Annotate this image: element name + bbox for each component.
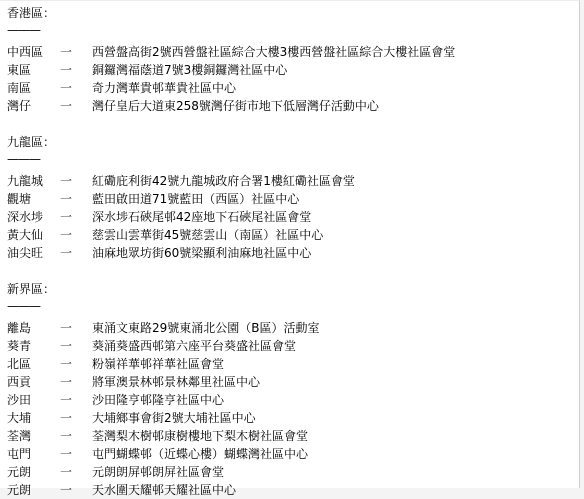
separator: 一 [60, 43, 92, 61]
list-item: 九龍城一紅磡庇利街42號九龍城政府合署1樓紅磡社區會堂 [7, 172, 579, 190]
district-name: 沙田 [7, 391, 60, 409]
venue-address: 葵涌葵盛西邨第六座平台葵盛社區會堂 [92, 337, 579, 355]
separator: 一 [60, 172, 92, 190]
separator: 一 [60, 226, 92, 244]
list-item: 觀塘一藍田啟田道71號藍田（西區）社區中心 [7, 190, 579, 208]
venue-address: 大埔鄉事會街2號大埔社區中心 [92, 409, 579, 427]
separator: 一 [60, 445, 92, 463]
venue-address: 粉嶺祥華邨祥華社區會堂 [92, 355, 579, 373]
list-item: 北區一粉嶺祥華邨祥華社區會堂 [7, 355, 579, 373]
venue-address: 將軍澳景林邨景林鄰里社區中心 [92, 373, 579, 391]
separator: 一 [60, 79, 92, 97]
list-item: 油尖旺一油麻地眾坊街60號梁顯利油麻地社區中心 [7, 244, 579, 262]
district-name: 九龍城 [7, 172, 60, 190]
list-item: 東區一銅鑼灣福蔭道7號3樓銅鑼灣社區中心 [7, 61, 579, 79]
district-name: 元朗 [7, 463, 60, 481]
district-name: 中西區 [7, 43, 60, 61]
venue-address: 銅鑼灣福蔭道7號3樓銅鑼灣社區中心 [92, 61, 579, 79]
section-kowloon: 九龍區： ——— 九龍城一紅磡庇利街42號九龍城政府合署1樓紅磡社區會堂 觀塘一… [7, 133, 579, 262]
list-item: 沙田一沙田隆亨邨隆亨社區中心 [7, 391, 579, 409]
section-heading: 香港區： [7, 4, 579, 22]
list-item: 中西區一西營盤高街2號西營盤社區綜合大樓3樓西營盤社區綜合大樓社區會堂 [7, 43, 579, 61]
list-item: 元朗一天水圍天耀邨天耀社區中心 [7, 481, 579, 495]
separator: 一 [60, 409, 92, 427]
district-name: 油尖旺 [7, 244, 60, 262]
separator: 一 [60, 190, 92, 208]
separator: 一 [60, 319, 92, 337]
district-name: 屯門 [7, 445, 60, 463]
separator: 一 [60, 373, 92, 391]
district-name: 深水埗 [7, 208, 60, 226]
venue-address: 紅磡庇利街42號九龍城政府合署1樓紅磡社區會堂 [92, 172, 579, 190]
venue-address: 藍田啟田道71號藍田（西區）社區中心 [92, 190, 579, 208]
venue-address: 奇力灣華貴邨華貴社區中心 [92, 79, 579, 97]
district-name: 北區 [7, 355, 60, 373]
district-name: 荃灣 [7, 427, 60, 445]
district-name: 南區 [7, 79, 60, 97]
district-name: 灣仔 [7, 97, 60, 115]
list-item: 南區一奇力灣華貴邨華貴社區中心 [7, 79, 579, 97]
district-name: 西貢 [7, 373, 60, 391]
separator: 一 [60, 337, 92, 355]
list-item: 深水埗一深水埗石硤尾邨42座地下石硤尾社區會堂 [7, 208, 579, 226]
district-name: 元朗 [7, 481, 60, 495]
list-item: 元朗一元朗朗屏邨朗屏社區會堂 [7, 463, 579, 481]
venue-address: 深水埗石硤尾邨42座地下石硤尾社區會堂 [92, 208, 579, 226]
venue-address: 天水圍天耀邨天耀社區中心 [92, 481, 579, 495]
venue-address: 東涌文東路29號東涌北公園（B區）活動室 [92, 319, 579, 337]
district-name: 東區 [7, 61, 60, 79]
separator: 一 [60, 244, 92, 262]
list-item: 離島一東涌文東路29號東涌北公園（B區）活動室 [7, 319, 579, 337]
section-hong-kong-island: 香港區： ——— 中西區一西營盤高街2號西營盤社區綜合大樓3樓西營盤社區綜合大樓… [7, 4, 579, 115]
district-name: 黃大仙 [7, 226, 60, 244]
venue-address: 灣仔皇后大道東258號灣仔街市地下低層灣仔活動中心 [92, 97, 579, 115]
district-name: 觀塘 [7, 190, 60, 208]
venue-address: 慈雲山雲華街45號慈雲山（南區）社區中心 [92, 226, 579, 244]
document-page: 香港區： ——— 中西區一西營盤高街2號西營盤社區綜合大樓3樓西營盤社區綜合大樓… [0, 0, 580, 488]
separator: 一 [60, 481, 92, 495]
venue-address: 屯門蝴蝶邨（近蝶心樓）蝴蝶灣社區中心 [92, 445, 579, 463]
venue-address: 西營盤高街2號西營盤社區綜合大樓3樓西營盤社區綜合大樓社區會堂 [92, 43, 579, 61]
section-new-territories: 新界區： ——— 離島一東涌文東路29號東涌北公園（B區）活動室 葵青一葵涌葵盛… [7, 280, 579, 495]
district-name: 葵青 [7, 337, 60, 355]
separator: 一 [60, 463, 92, 481]
list-item: 灣仔一灣仔皇后大道東258號灣仔街市地下低層灣仔活動中心 [7, 97, 579, 115]
venue-address: 荃灣梨木樹邨康樹樓地下梨木樹社區會堂 [92, 427, 579, 445]
venue-address: 沙田隆亨邨隆亨社區中心 [92, 391, 579, 409]
separator: 一 [60, 355, 92, 373]
separator: 一 [60, 391, 92, 409]
list-item: 屯門一屯門蝴蝶邨（近蝶心樓）蝴蝶灣社區中心 [7, 445, 579, 463]
separator: 一 [60, 427, 92, 445]
section-rule: ——— [7, 22, 579, 38]
section-rule: ——— [7, 151, 579, 167]
list-item: 大埔一大埔鄉事會街2號大埔社區中心 [7, 409, 579, 427]
list-item: 葵青一葵涌葵盛西邨第六座平台葵盛社區會堂 [7, 337, 579, 355]
section-heading: 新界區： [7, 280, 579, 298]
section-heading: 九龍區： [7, 133, 579, 151]
section-rule: ——— [7, 298, 579, 314]
list-item: 西貢一將軍澳景林邨景林鄰里社區中心 [7, 373, 579, 391]
separator: 一 [60, 61, 92, 79]
venue-address: 元朗朗屏邨朗屏社區會堂 [92, 463, 579, 481]
separator: 一 [60, 208, 92, 226]
venue-address: 油麻地眾坊街60號梁顯利油麻地社區中心 [92, 244, 579, 262]
list-item: 荃灣一荃灣梨木樹邨康樹樓地下梨木樹社區會堂 [7, 427, 579, 445]
separator: 一 [60, 97, 92, 115]
list-item: 黃大仙一慈雲山雲華街45號慈雲山（南區）社區中心 [7, 226, 579, 244]
district-name: 大埔 [7, 409, 60, 427]
district-name: 離島 [7, 319, 60, 337]
